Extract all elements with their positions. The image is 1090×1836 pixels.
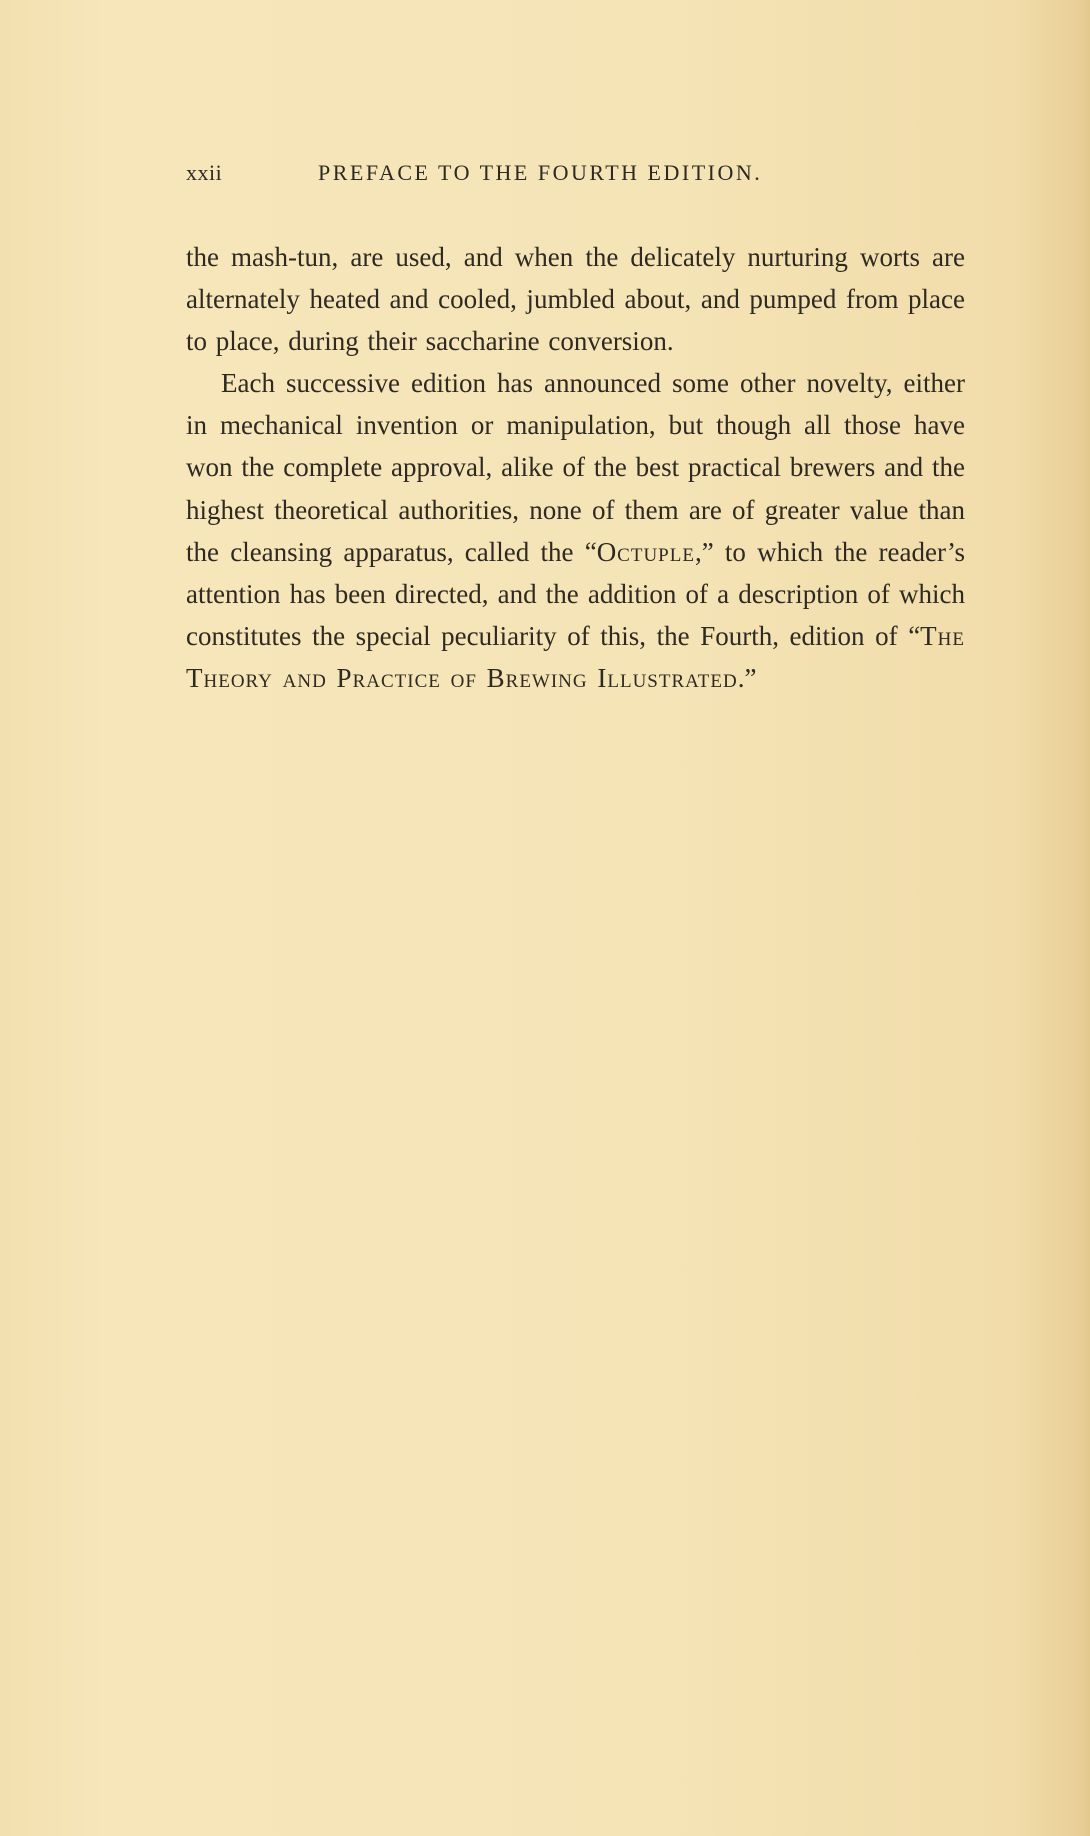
running-title: PREFACE TO THE FOURTH EDITION. xyxy=(318,160,762,186)
book-page: xxii PREFACE TO THE FOURTH EDITION. the … xyxy=(0,0,1090,1836)
page-header: xxii PREFACE TO THE FOURTH EDITION. xyxy=(186,160,966,192)
paragraph-each-successive-edition: Each successive edition has announced so… xyxy=(186,362,965,699)
page-body: the mash-tun, are used, and when the del… xyxy=(186,236,965,699)
paragraph-continuation: the mash-tun, are used, and when the del… xyxy=(186,236,965,362)
paragraph-text: .” xyxy=(738,663,757,693)
octuple-term: Octuple xyxy=(597,537,695,567)
page-number: xxii xyxy=(186,160,222,186)
